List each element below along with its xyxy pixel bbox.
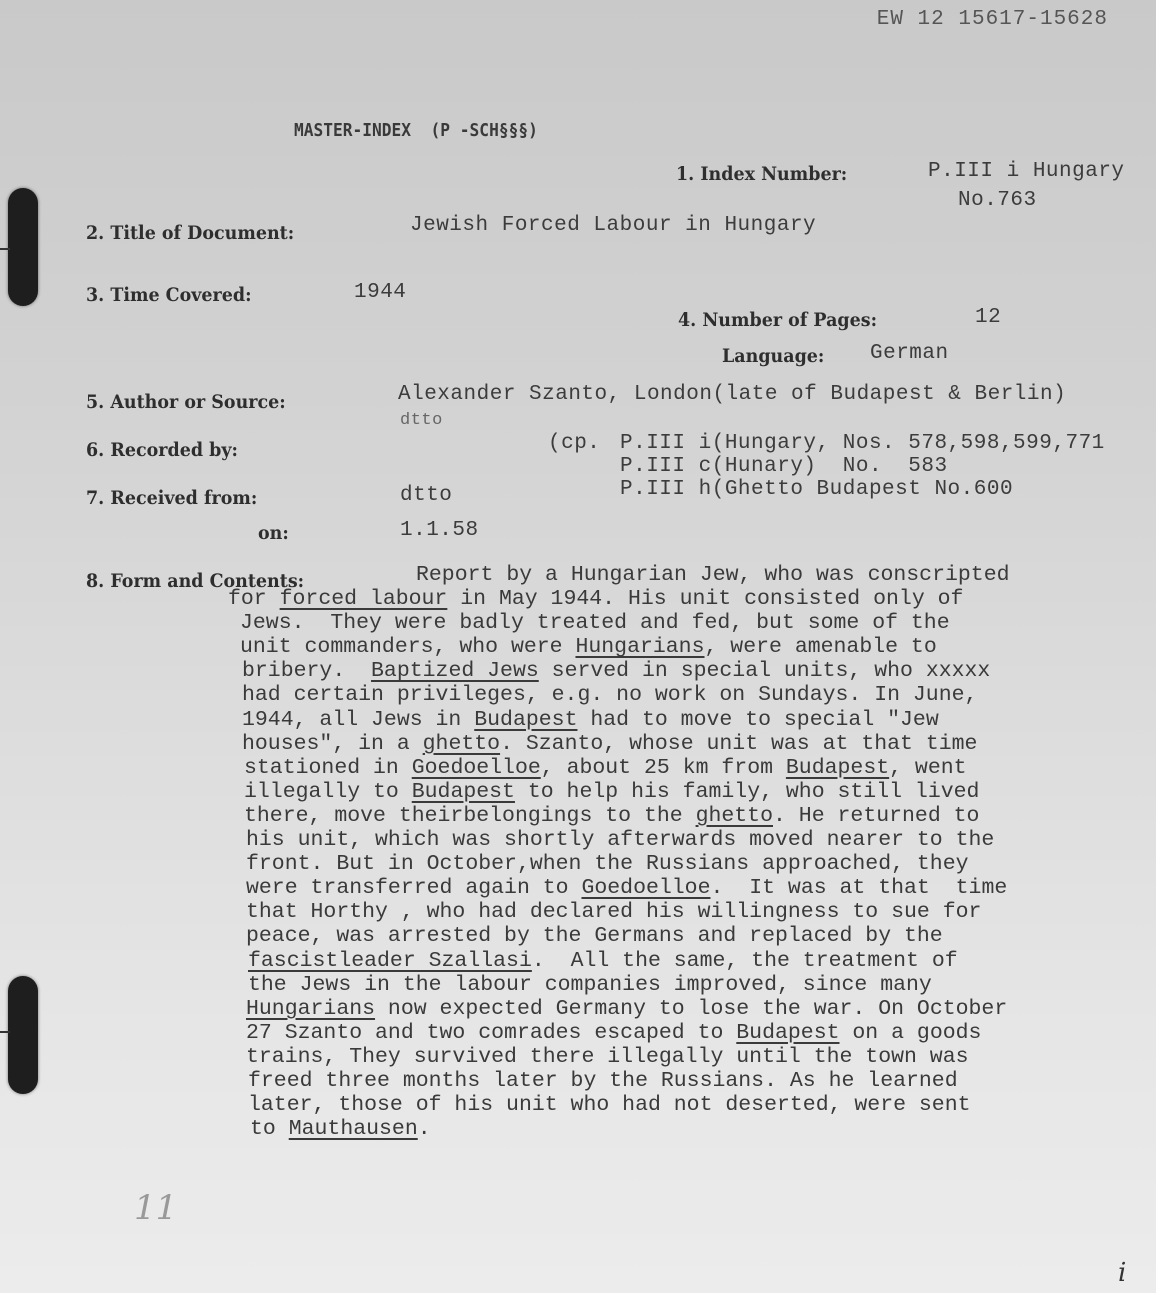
author-or-source-label: 5. Author or Source: xyxy=(86,391,286,413)
binder-hole-top-stub xyxy=(0,248,10,250)
form-and-contents-line: unit commanders, who were Hungarians, we… xyxy=(228,635,1128,659)
received-on-value: 1.1.58 xyxy=(400,519,479,542)
form-and-contents-line: for forced labour in May 1944. His unit … xyxy=(228,587,1128,611)
form-and-contents-line: 27 Szanto and two comrades escaped to Bu… xyxy=(228,1021,1128,1045)
recorded-by-value: dtto xyxy=(400,411,443,430)
received-on-label: on: xyxy=(258,522,289,544)
recorded-by-label: 6. Recorded by: xyxy=(86,439,238,461)
form-and-contents-line: front. But in October,when the Russians … xyxy=(228,852,1128,876)
cross-reference-line-2: P.III c(Hunary) No. 583 xyxy=(620,455,948,478)
form-and-contents-line: peace, was arrested by the Germans and r… xyxy=(228,924,1128,948)
received-from-value: dtto xyxy=(400,484,452,507)
form-and-contents-line: later, those of his unit who had not des… xyxy=(228,1093,1128,1117)
form-and-contents-line: fascistleader Szallasi. All the same, th… xyxy=(228,949,1128,973)
form-and-contents-line: 1944, all Jews in Budapest had to move t… xyxy=(228,708,1128,732)
number-of-pages-label: 4. Number of Pages: xyxy=(678,309,877,331)
received-from-label: 7. Received from: xyxy=(86,487,257,509)
form-and-contents-line: his unit, which was shortly afterwards m… xyxy=(228,828,1128,852)
number-of-pages-value: 12 xyxy=(975,306,1001,329)
author-or-source-value: Alexander Szanto, London(late of Budapes… xyxy=(398,383,1066,406)
form-and-contents-line: stationed in Goedoelloe, about 25 km fro… xyxy=(228,756,1128,780)
form-and-contents-line: that Horthy , who had declared his willi… xyxy=(228,900,1128,924)
form-and-contents-line: houses", in a ghetto. Szanto, whose unit… xyxy=(228,732,1128,756)
handwritten-mark-bottom-left: 11 xyxy=(134,1188,177,1228)
form-and-contents-line: to Mauthausen. xyxy=(228,1117,1128,1141)
language-value: German xyxy=(870,342,949,365)
form-and-contents-line: Hungarians now expected Germany to lose … xyxy=(228,997,1128,1021)
language-label: Language: xyxy=(722,345,824,367)
form-and-contents-line: bribery. Baptized Jews served in special… xyxy=(228,659,1128,683)
cross-reference-line-3: P.III h(Ghetto Budapest No.600 xyxy=(620,478,1013,501)
handwritten-mark-bottom-right: i xyxy=(1118,1258,1126,1288)
time-covered-value: 1944 xyxy=(354,281,406,304)
form-and-contents-line: Report by a Hungarian Jew, who was consc… xyxy=(228,563,1128,587)
index-number-label: 1. Index Number: xyxy=(676,163,847,185)
binder-hole-bottom-stub xyxy=(0,1031,10,1033)
form-and-contents-line: had certain privileges, e.g. no work on … xyxy=(228,683,1128,707)
binder-hole-top xyxy=(8,188,38,306)
form-and-contents-line: illegally to Budapest to help his family… xyxy=(228,780,1128,804)
document-reference-number: EW 12 15617-15628 xyxy=(877,8,1108,31)
time-covered-label: 3. Time Covered: xyxy=(86,284,252,306)
document-title: MASTER-INDEX (P -SCH§§§) xyxy=(294,120,538,141)
form-and-contents-line: there, move theirbelongings to the ghett… xyxy=(228,804,1128,828)
title-of-document-value: Jewish Forced Labour in Hungary xyxy=(410,214,816,237)
form-and-contents-line: were transferred again to Goedoelloe. It… xyxy=(228,876,1128,900)
title-of-document-label: 2. Title of Document: xyxy=(86,222,294,244)
cross-reference-prefix: (cp. xyxy=(548,432,600,455)
index-number-value-line2: No.763 xyxy=(958,189,1037,212)
index-number-value: P.III i Hungary xyxy=(928,160,1125,183)
form-and-contents-line: trains, They survived there illegally un… xyxy=(228,1045,1128,1069)
form-and-contents-line: Jews. They were badly treated and fed, b… xyxy=(228,611,1128,635)
form-and-contents-body: Report by a Hungarian Jew, who was consc… xyxy=(228,563,1128,1141)
binder-hole-bottom xyxy=(8,976,38,1094)
form-and-contents-line: the Jews in the labour companies improve… xyxy=(228,973,1128,997)
cross-reference-line-1: P.III i(Hungary, Nos. 578,598,599,771 xyxy=(620,432,1105,455)
form-and-contents-line: freed three months later by the Russians… xyxy=(228,1069,1128,1093)
